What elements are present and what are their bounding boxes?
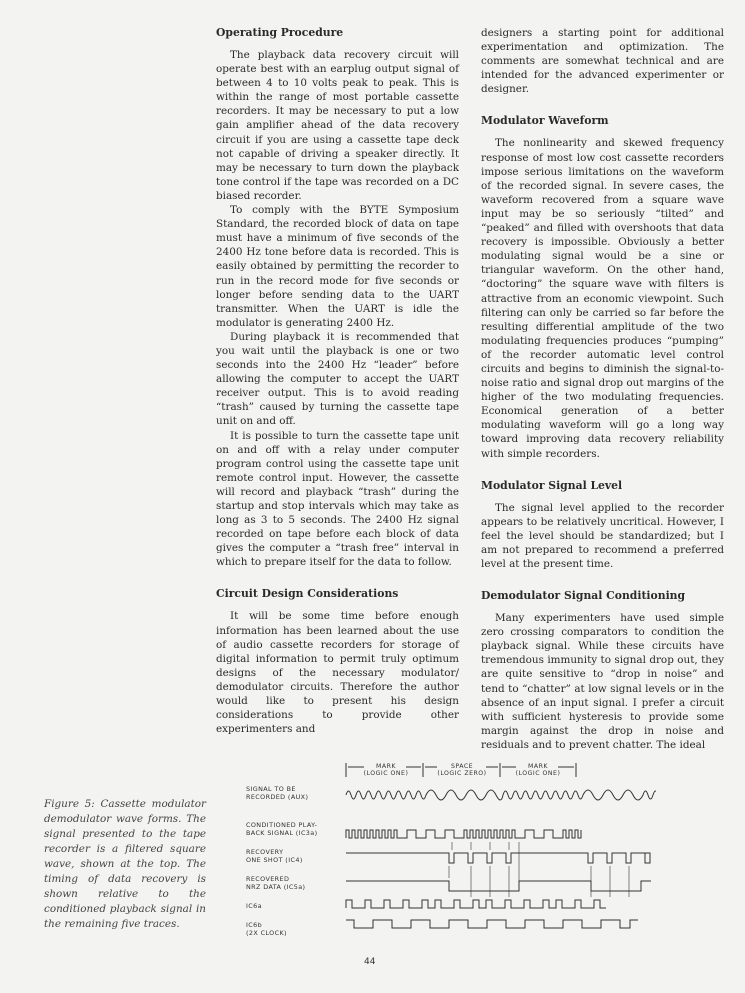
paragraph: The playback data recovery circuit will …	[216, 48, 459, 203]
paragraph: During playback it is recommended that y…	[216, 330, 459, 429]
trace-conditioned-playback	[346, 830, 581, 838]
section-spacer	[216, 569, 459, 587]
waveform-traces	[236, 760, 656, 960]
section-spacer	[481, 96, 724, 114]
timing-diagram: MARK (LOGIC ONE) SPACE (LOGIC ZERO) MARK…	[236, 760, 656, 960]
segment-brackets	[346, 763, 576, 777]
paragraph: The signal level applied to the recorder…	[481, 501, 724, 571]
section-heading-circuit-design: Circuit Design Considerations	[216, 587, 459, 601]
page-number: 44	[364, 957, 375, 967]
timing-arrows	[449, 842, 629, 897]
figure-caption: Figure 5: Cassette modulator demodulator…	[44, 797, 206, 932]
trace-recovered-nrz	[346, 881, 651, 891]
section-spacer	[481, 571, 724, 589]
left-column: Operating Procedure The playback data re…	[216, 26, 459, 736]
right-column: designers a starting point for additiona…	[481, 26, 724, 752]
section-heading-operating-procedure: Operating Procedure	[216, 26, 459, 40]
section-heading-modulator-waveform: Modulator Waveform	[481, 114, 724, 128]
paragraph: It will be some time before enough infor…	[216, 609, 459, 736]
paragraph-continuation: designers a starting point for additiona…	[481, 26, 724, 96]
paragraph: Many experimenters have used simple zero…	[481, 611, 724, 752]
section-spacer	[481, 461, 724, 479]
trace-signal-recorded	[346, 790, 656, 800]
section-heading-demodulator-signal-conditioning: Demodulator Signal Conditioning	[481, 589, 724, 603]
paragraph: To comply with the BYTE Symposium Standa…	[216, 203, 459, 330]
trace-recovery-one-shot	[346, 853, 650, 863]
trace-ic6a	[346, 900, 606, 908]
paragraph: It is possible to turn the cassette tape…	[216, 429, 459, 570]
section-heading-modulator-signal-level: Modulator Signal Level	[481, 479, 724, 493]
paragraph: The nonlinearity and skewed frequency re…	[481, 136, 724, 460]
trace-ic6b	[346, 920, 638, 928]
